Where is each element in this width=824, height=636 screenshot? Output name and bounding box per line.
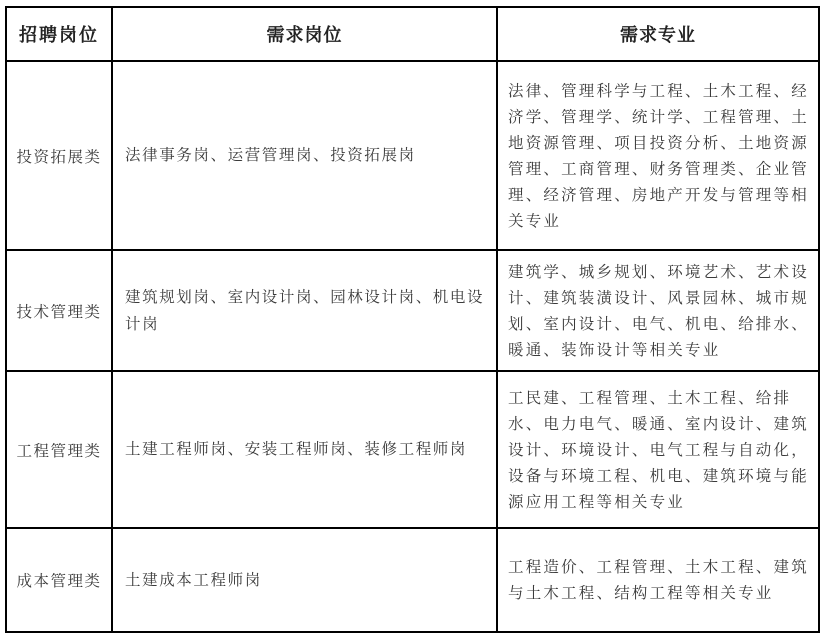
- table-row: 成本管理类 土建成本工程师岗 工程造价、工程管理、土木工程、建筑与土木工程、结构…: [6, 528, 819, 632]
- table-row: 工程管理类 土建工程师岗、安装工程师岗、装修工程师岗 工民建、工程管理、土木工程…: [6, 371, 819, 528]
- positions-cell: 建筑规划岗、室内设计岗、园林设计岗、机电设计岗: [112, 250, 497, 371]
- majors-cell: 建筑学、城乡规划、环境艺术、艺术设计、建筑装潢设计、风景园林、城市规划、室内设计…: [497, 250, 819, 371]
- positions-cell: 法律事务岗、运营管理岗、投资拓展岗: [112, 61, 497, 250]
- header-required-positions: 需求岗位: [112, 7, 497, 61]
- table-row: 投资拓展类 法律事务岗、运营管理岗、投资拓展岗 法律、管理科学与工程、土木工程、…: [6, 61, 819, 250]
- majors-cell: 工民建、工程管理、土木工程、给排水、电力电气、暖通、室内设计、建筑设计、环境设计…: [497, 371, 819, 528]
- header-required-majors: 需求专业: [497, 7, 819, 61]
- recruitment-table: 招聘岗位 需求岗位 需求专业 投资拓展类 法律事务岗、运营管理岗、投资拓展岗 法…: [5, 6, 820, 633]
- positions-cell: 土建工程师岗、安装工程师岗、装修工程师岗: [112, 371, 497, 528]
- category-cell: 工程管理类: [6, 371, 112, 528]
- header-row: 招聘岗位 需求岗位 需求专业: [6, 7, 819, 61]
- positions-cell: 土建成本工程师岗: [112, 528, 497, 632]
- category-cell: 技术管理类: [6, 250, 112, 371]
- table-row: 技术管理类 建筑规划岗、室内设计岗、园林设计岗、机电设计岗 建筑学、城乡规划、环…: [6, 250, 819, 371]
- category-cell: 成本管理类: [6, 528, 112, 632]
- majors-cell: 法律、管理科学与工程、土木工程、经济学、管理学、统计学、工程管理、土地资源管理、…: [497, 61, 819, 250]
- category-cell: 投资拓展类: [6, 61, 112, 250]
- majors-cell: 工程造价、工程管理、土木工程、建筑与土木工程、结构工程等相关专业: [497, 528, 819, 632]
- header-recruitment-category: 招聘岗位: [6, 7, 112, 61]
